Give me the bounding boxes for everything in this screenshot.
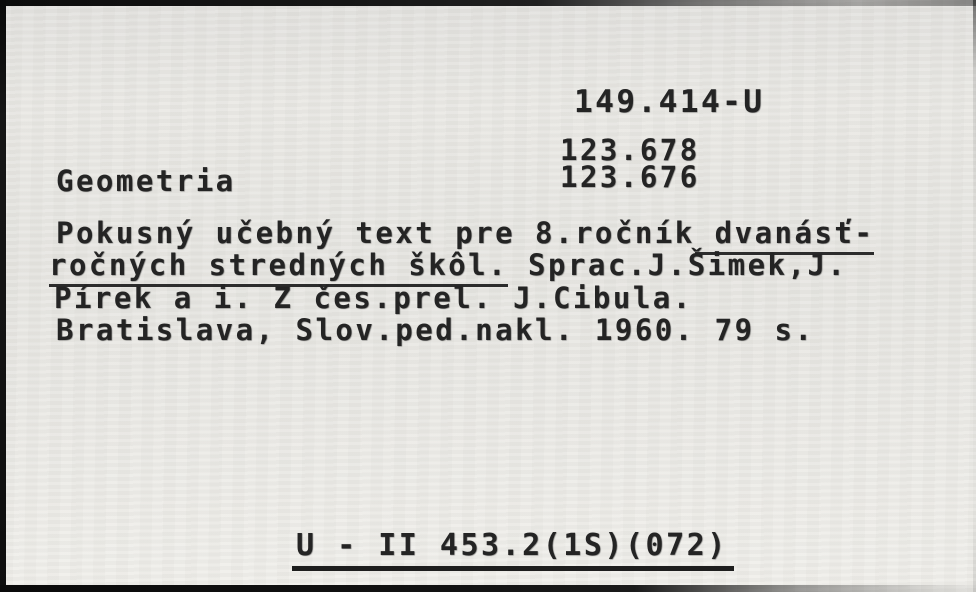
scan-edge-top	[0, 0, 976, 6]
body-line-4: Bratislava, Slov.ped.nakl. 1960. 79 s.	[56, 315, 814, 347]
call-number: 149.414-U	[574, 85, 764, 119]
title-heading: Geometria	[56, 166, 236, 198]
body-line-2-plain: Sprac.J.Šimek,J.	[508, 248, 847, 282]
body-line-2: ročných stredných škôl. Sprac.J.Šimek,J.	[49, 250, 847, 282]
scan-edge-bottom	[0, 585, 976, 592]
shelf-mark: U - II 453.2(1S)(072)	[296, 529, 734, 571]
classification-number-2: 123.676	[560, 162, 700, 194]
scan-edge-left	[0, 0, 6, 592]
shelf-mark-text: U - II 453.2(1S)(072)	[292, 529, 734, 571]
catalog-card: 149.414-U 123.678 123.676 Geometria Poku…	[0, 0, 976, 592]
body-line-1: Pokusný učebný text pre 8.ročník dvanásť…	[56, 218, 874, 250]
body-line-1-plain: Pokusný učebný text pre 8.ročník	[56, 216, 695, 250]
body-line-3: Pírek a i. Z čes.prel. J.Cibula.	[54, 283, 693, 315]
